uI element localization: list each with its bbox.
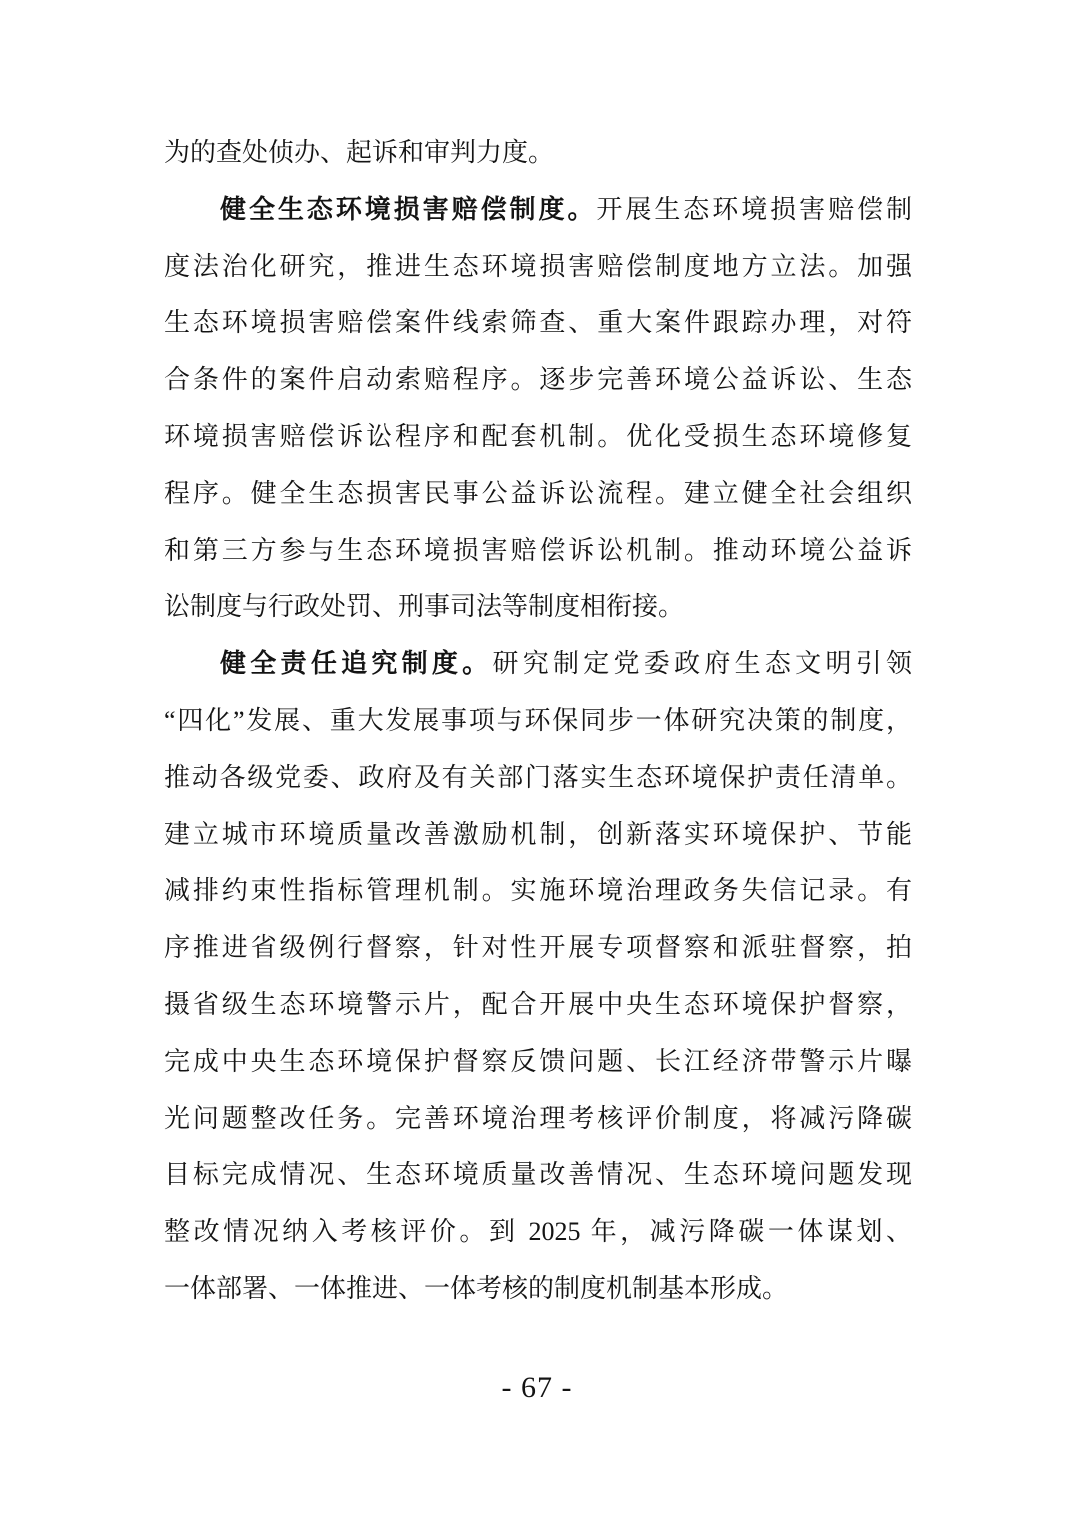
text-segment: 一体部署、一体推进、一体考核的制度机制基本形成。	[164, 1274, 788, 1303]
text-segment: 度法治化研究，推进生态环境损害赔偿制度地方立法。加强	[164, 252, 912, 281]
text-line: 合条件的案件启动索赔程序。逐步完善环境公益诉讼、生态	[164, 352, 912, 409]
document-body: 为的查处侦办、起诉和审判力度。健全生态环境损害赔偿制度。开展生态环境损害赔偿制度…	[164, 125, 912, 1318]
text-segment: 序推进省级例行督察，针对性开展专项督察和派驻督察，拍	[164, 933, 912, 962]
text-segment: 光问题整改任务。完善环境治理考核评价制度，将减污降碳	[164, 1104, 912, 1133]
text-line: 建立城市环境质量改善激励机制，创新落实环境保护、节能	[164, 807, 912, 864]
text-line: 健全生态环境损害赔偿制度。开展生态环境损害赔偿制	[164, 182, 912, 239]
text-segment: 和第三方参与生态环境损害赔偿诉讼机制。推动环境公益诉	[164, 536, 912, 565]
text-line: “四化”发展、重大发展事项与环保同步一体研究决策的制度，	[164, 693, 912, 750]
text-line: 序推进省级例行督察，针对性开展专项督察和派驻督察，拍	[164, 920, 912, 977]
text-line: 和第三方参与生态环境损害赔偿诉讼机制。推动环境公益诉	[164, 523, 912, 580]
text-line: 目标完成情况、生态环境质量改善情况、生态环境问题发现	[164, 1147, 912, 1204]
text-segment: 完成中央生态环境保护督察反馈问题、长江经济带警示片曝	[164, 1047, 912, 1076]
page-number: - 67 -	[0, 1363, 1074, 1413]
text-segment: 摄省级生态环境警示片，配合开展中央生态环境保护督察，	[164, 990, 912, 1019]
text-line: 一体部署、一体推进、一体考核的制度机制基本形成。	[164, 1261, 912, 1318]
text-segment: 推动各级党委、政府及有关部门落实生态环境保护责任清单。	[164, 763, 912, 792]
text-segment: 建立城市环境质量改善激励机制，创新落实环境保护、节能	[164, 820, 912, 849]
paragraph-lead: 健全责任追究制度。	[220, 649, 492, 678]
text-segment: 合条件的案件启动索赔程序。逐步完善环境公益诉讼、生态	[164, 365, 912, 394]
text-segment: 开展生态环境损害赔偿制	[596, 195, 912, 224]
paragraph-lead: 健全生态环境损害赔偿制度。	[220, 195, 596, 224]
text-segment: 整改情况纳入考核评价。到 2025 年，减污降碳一体谋划、	[164, 1217, 912, 1246]
text-segment: 程序。健全生态损害民事公益诉讼流程。建立健全社会组织	[164, 479, 912, 508]
text-line: 程序。健全生态损害民事公益诉讼流程。建立健全社会组织	[164, 466, 912, 523]
text-line: 光问题整改任务。完善环境治理考核评价制度，将减污降碳	[164, 1091, 912, 1148]
text-line: 生态环境损害赔偿案件线索筛查、重大案件跟踪办理，对符	[164, 295, 912, 352]
text-line: 减排约束性指标管理机制。实施环境治理政务失信记录。有	[164, 863, 912, 920]
text-segment: 目标完成情况、生态环境质量改善情况、生态环境问题发现	[164, 1160, 912, 1189]
text-line: 环境损害赔偿诉讼程序和配套机制。优化受损生态环境修复	[164, 409, 912, 466]
text-segment: 研究制定党委政府生态文明引领	[492, 649, 912, 678]
text-line: 完成中央生态环境保护督察反馈问题、长江经济带警示片曝	[164, 1034, 912, 1091]
text-segment: “四化”发展、重大发展事项与环保同步一体研究决策的制度，	[164, 706, 912, 735]
text-segment: 环境损害赔偿诉讼程序和配套机制。优化受损生态环境修复	[164, 422, 912, 451]
text-segment: 讼制度与行政处罚、刑事司法等制度相衔接。	[164, 592, 684, 621]
text-line: 度法治化研究，推进生态环境损害赔偿制度地方立法。加强	[164, 239, 912, 296]
text-segment: 生态环境损害赔偿案件线索筛查、重大案件跟踪办理，对符	[164, 308, 912, 337]
text-line: 整改情况纳入考核评价。到 2025 年，减污降碳一体谋划、	[164, 1204, 912, 1261]
text-segment: 为的查处侦办、起诉和审判力度。	[164, 138, 554, 167]
text-line: 健全责任追究制度。研究制定党委政府生态文明引领	[164, 636, 912, 693]
text-line: 推动各级党委、政府及有关部门落实生态环境保护责任清单。	[164, 750, 912, 807]
text-line: 摄省级生态环境警示片，配合开展中央生态环境保护督察，	[164, 977, 912, 1034]
text-segment: 减排约束性指标管理机制。实施环境治理政务失信记录。有	[164, 876, 912, 905]
text-line: 为的查处侦办、起诉和审判力度。	[164, 125, 912, 182]
text-line: 讼制度与行政处罚、刑事司法等制度相衔接。	[164, 579, 912, 636]
document-page: 为的查处侦办、起诉和审判力度。健全生态环境损害赔偿制度。开展生态环境损害赔偿制度…	[0, 0, 1074, 1520]
